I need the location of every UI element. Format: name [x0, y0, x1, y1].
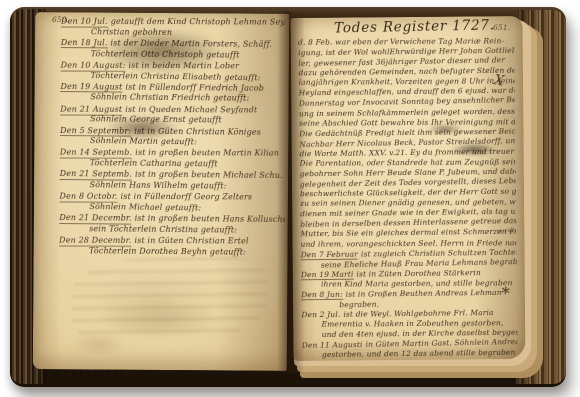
entry-text: Die Parentation, oder Standrede hat zum … [300, 157, 516, 168]
register-entry: Den 8 Octobr.ist in Füllendorff Georg Ze… [59, 191, 285, 214]
entry-text: ist in Güten Christian Königes [134, 126, 261, 136]
entry-date: Den 11 Augusti [302, 340, 363, 351]
register-line: d. 8 Feb. war eben der Verwichene Tag Ma… [298, 36, 514, 48]
entry-text: seine Abschied Gott bewahre bis Ihr Vere… [299, 117, 515, 128]
entry-text: ist in großen beuten Michael Schu. [135, 170, 283, 180]
right-page-number: 651. [493, 23, 510, 32]
entry-text: ist in beiden Martin Lober [128, 61, 239, 70]
book-photo: 650. Den 10 Jul.getaufft dem Kind Christ… [0, 0, 580, 397]
entry-date: Den 18 Jul. [61, 38, 108, 49]
death-register-text: d. 8 Feb. war eben der Verwichene Tag Ma… [298, 36, 518, 361]
entry-continuation: Söhnlein Christian Friedrich getaufft: [60, 92, 286, 105]
margin-cross-mark: * [500, 284, 511, 305]
entry-continuation: Söhnlein George Ernst getaufft [60, 114, 286, 127]
entry-text: ist in Güten Christian Ertel [134, 236, 248, 245]
entry-continuation: sein Töchterlein Christina getaufft: [59, 224, 285, 237]
register-entry: Den 21 Augustist in Queden Michael Seyfa… [60, 104, 286, 127]
register-entry: Den 18 Jul.ist der Dieder Martin Forster… [61, 38, 287, 61]
entry-text: ist in großen beuten Hans Kolluschen [135, 214, 286, 224]
entry-text: getaufft dem Kind Christoph Lehman Sey. [111, 17, 287, 27]
entry-date: Den 21 Septemb. [60, 169, 132, 180]
entry-text: Emerentia v. Haaken in Zobeuthen gestorb… [322, 319, 504, 329]
register-line: Die Parentation, oder Standrede hat zum … [300, 157, 516, 169]
entry-text: ist in Füllendorff Friedrich Jacob [125, 82, 264, 92]
entry-text: d. 8 Feb. war eben der Verwichene Tag Ma… [298, 36, 504, 46]
entry-text: langjährigen Krankheit, Vorzeiten gegen … [299, 77, 515, 88]
entry-date: Den 7 Februar [301, 249, 358, 260]
entry-date: Den 21 August [60, 104, 122, 115]
entry-text: und ihrem, vorangeschickten Seel. Herrn … [301, 238, 517, 249]
entry-continuation: Töchterlein Dorothea Beyhn getaufft: [59, 246, 285, 259]
entry-text: ihren Kind Maria gestorben, und stille b… [321, 278, 513, 288]
entry-date: Den 10 Jul. [61, 17, 108, 28]
register-entry: Den 14 Septemb.ist in großen beuten Mart… [60, 147, 286, 170]
register-entry: Den 19 Augustist in Füllendorff Friedric… [60, 82, 286, 105]
register-entry: Den 21 Decembr.ist in großen beuten Hans… [59, 213, 285, 236]
register-line: und ihrem, vorangeschickten Seel. Herrn … [301, 238, 517, 250]
bleed-through-stain [95, 300, 225, 340]
register-entry: Den 10 August:ist in beiden Martin Lober… [60, 60, 286, 83]
entry-date: Den 19 August [60, 82, 122, 93]
register-entry: Den 10 Jul.getaufft dem Kind Christoph L… [61, 16, 287, 39]
entry-date: Den 28 Decembr. [59, 236, 131, 247]
register-entry: Den 5 Septembr:ist in Güten Christian Kö… [60, 126, 286, 149]
entry-text: ist in Queden Michael Seyfandt [125, 104, 257, 114]
register-line: seine Abschied Gott bewahre bis Ihr Vere… [299, 117, 515, 129]
entry-text: zu sein seinen Diener gnädig genesen, un… [300, 197, 516, 208]
register-line: Emerentia v. Haaken in Zobeuthen gestorb… [302, 318, 518, 330]
entry-text: begraben. [339, 300, 379, 310]
register-line: zu sein seinen Diener gnädig genesen, un… [300, 197, 516, 209]
baptism-register-text: Den 10 Jul.getaufft dem Kind Christoph L… [59, 16, 287, 259]
entry-date: Den 10 August: [61, 60, 126, 71]
register-line: langjährigen Krankheit, Vorzeiten gegen … [299, 77, 515, 89]
entry-date: Den 14 Septemb. [60, 148, 132, 159]
entry-date: Den 21 Decembr. [59, 213, 131, 224]
register-entry: Den 28 Decembr.ist in Güten Christian Er… [59, 235, 285, 258]
entry-text: ist in großen beuten Martin Kilian [135, 148, 279, 158]
entry-date: Den 8 Jun: [301, 290, 343, 301]
entry-text: ist in Füllendorff Georg Zelters [121, 192, 253, 202]
bottom-edge-scribble [44, 372, 126, 377]
entry-text: ist der Dieder Martin Forsters, Schäff. [110, 38, 272, 48]
register-entry: Den 21 Septemb.ist in großen beuten Mich… [60, 169, 286, 192]
entry-text: in Güten Martin Gast, Söhnlein Andreas [366, 337, 518, 349]
register-line: ihren Kind Maria gestorben, und stille b… [301, 278, 517, 290]
